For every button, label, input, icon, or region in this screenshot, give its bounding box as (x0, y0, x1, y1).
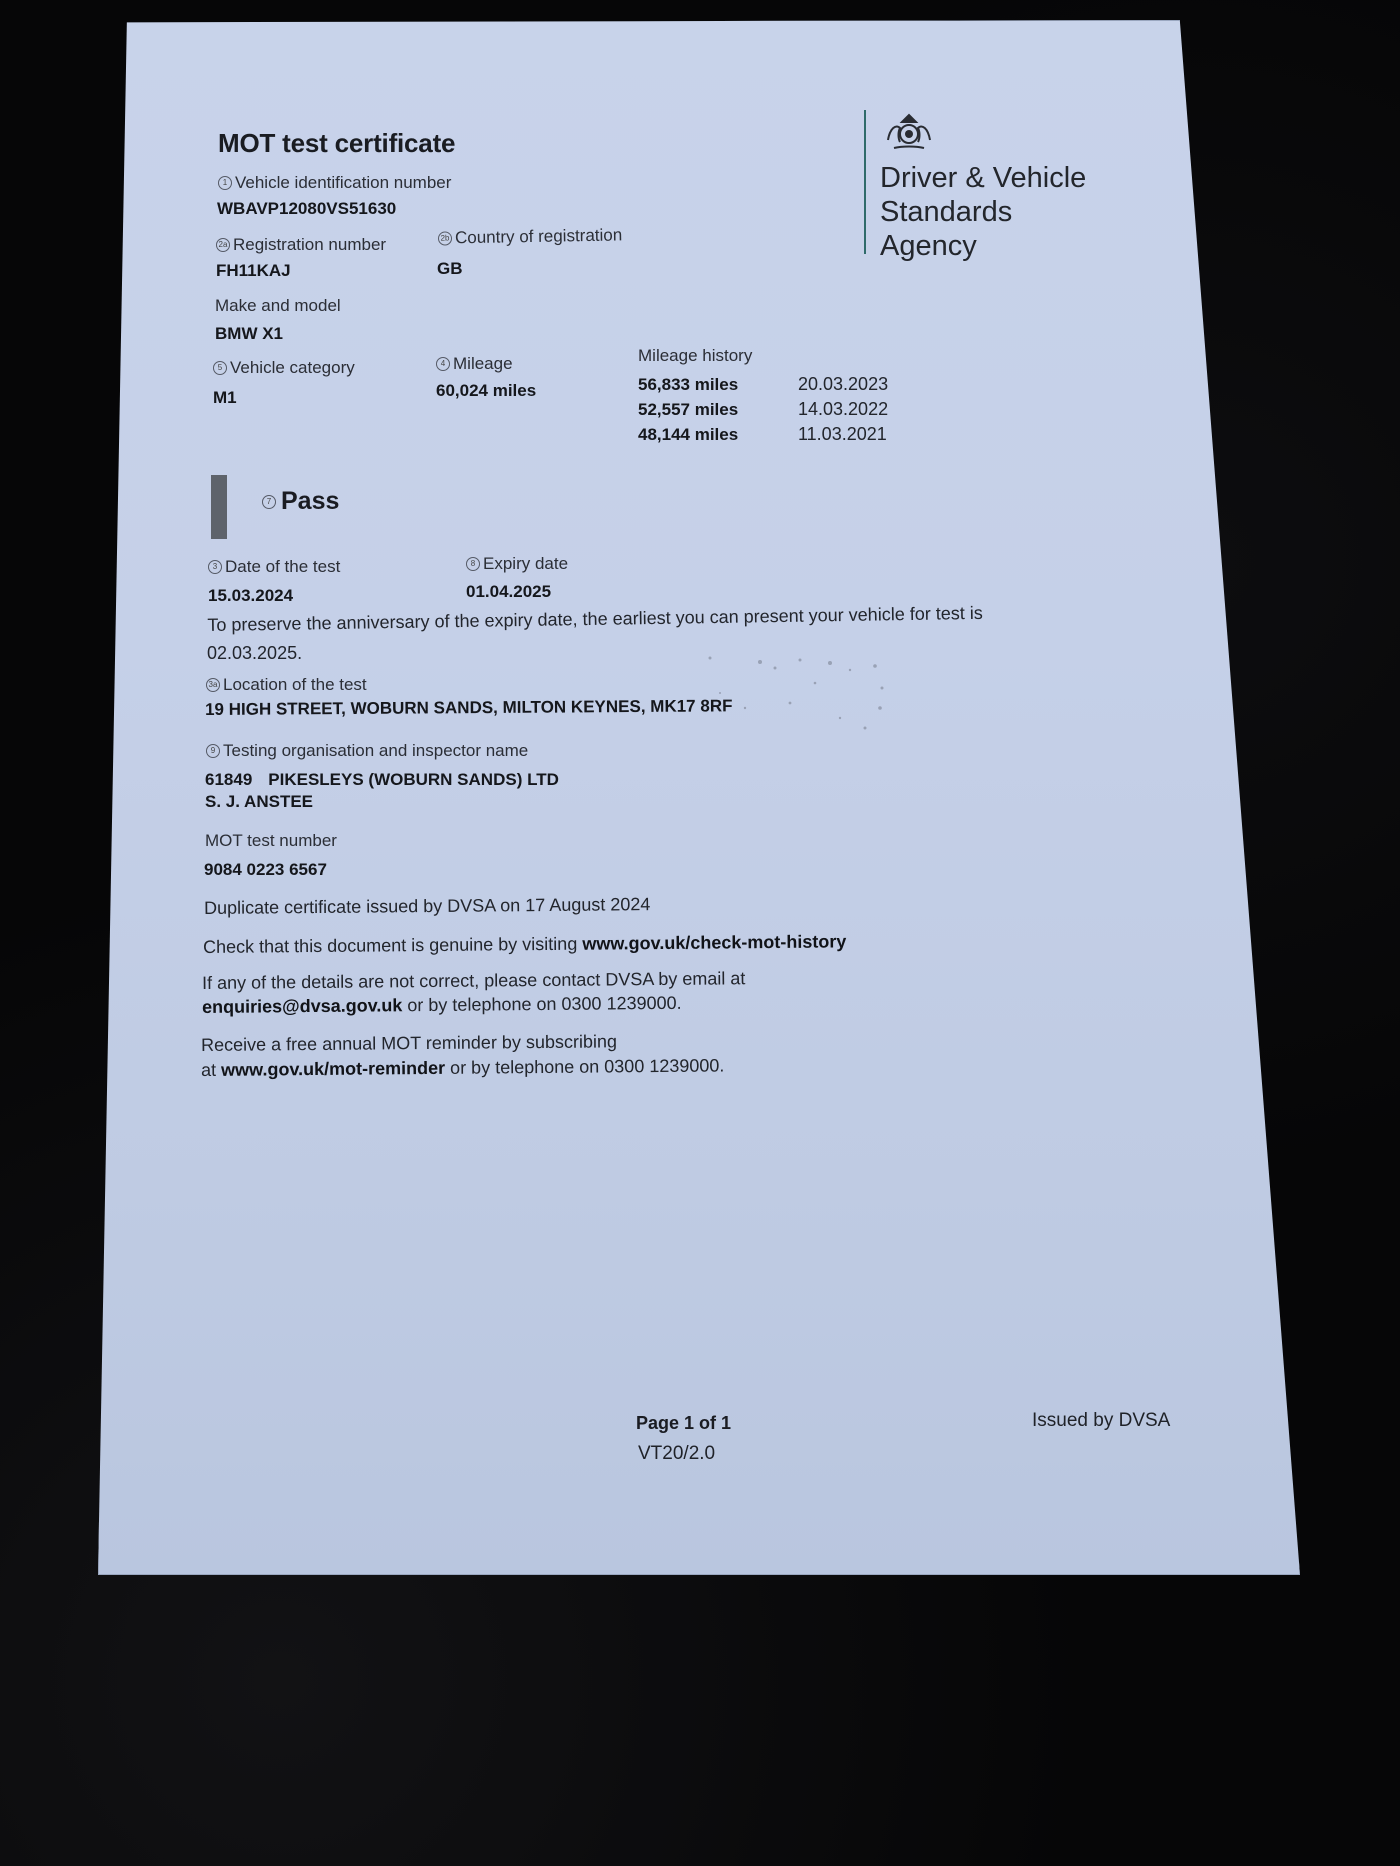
reminder-note-line1: Receive a free annual MOT reminder by su… (201, 1031, 617, 1056)
category-value: M1 (213, 388, 237, 408)
anniversary-note-date: 02.03.2025. (207, 643, 302, 664)
field-number-icon: 2b (438, 231, 452, 245)
form-code: VT20/2.0 (638, 1443, 715, 1465)
expiry-date-label: 8 Expiry date (466, 554, 568, 574)
test-date-label-text: Date of the test (225, 557, 340, 577)
organisation-value: 61849 PIKESLEYS (WOBURN SANDS) LTD (205, 770, 559, 790)
vin-value: WBAVP12080VS51630 (217, 199, 396, 219)
check-mot-history-link[interactable]: www.gov.uk/check-mot-history (582, 931, 846, 953)
country-label: 2b Country of registration (438, 225, 623, 248)
field-number-icon: 4 (436, 357, 450, 371)
reminder-phone-text: or by telephone on 0300 1239000. (445, 1055, 724, 1077)
certificate-content: MOT test certificate 1 Vehicle identific… (0, 0, 1400, 1866)
reminder-note-line2: at www.gov.uk/mot-reminder or by telepho… (201, 1055, 724, 1081)
field-number-icon: 7 (262, 495, 276, 509)
mileage-label-text: Mileage (453, 354, 513, 374)
history-date: 20.03.2023 (798, 374, 888, 395)
mot-reminder-link[interactable]: www.gov.uk/mot-reminder (221, 1058, 445, 1080)
history-miles: 52,557 miles (638, 400, 760, 420)
make-model-label: Make and model (215, 296, 341, 316)
organisation-label: 9 Testing organisation and inspector nam… (206, 741, 528, 761)
category-label: 5 Vehicle category (213, 358, 355, 378)
reminder-prefix: at (201, 1060, 221, 1080)
country-value: GB (437, 259, 463, 279)
anniversary-note-line1: To preserve the anniversary of the expir… (207, 603, 983, 636)
expiry-date-label-text: Expiry date (483, 554, 568, 574)
field-number-icon: 5 (213, 361, 227, 375)
vin-label: 1 Vehicle identification number (218, 173, 451, 193)
anniversary-note: To preserve the anniversary of the expir… (207, 585, 983, 636)
make-model-label-text: Make and model (215, 296, 341, 316)
page-number: Page 1 of 1 (636, 1413, 731, 1434)
field-number-icon: 3 (208, 560, 222, 574)
duplicate-note: Duplicate certificate issued by DVSA on … (204, 894, 650, 919)
agency-name-line3: Agency (880, 229, 1086, 263)
field-number-icon: 9 (206, 744, 220, 758)
agency-name-line1: Driver & Vehicle (880, 161, 1086, 195)
history-date: 14.03.2022 (798, 399, 888, 420)
check-note: Check that this document is genuine by v… (203, 931, 846, 958)
result-value: Pass (281, 487, 339, 516)
mileage-history-row: 48,144 miles 11.03.2021 (638, 422, 888, 447)
contact-note-line2: enquiries@dvsa.gov.uk or by telephone on… (202, 993, 682, 1018)
make-model-value: BMW X1 (215, 324, 283, 344)
royal-crest-icon (880, 110, 938, 152)
mileage-value: 60,024 miles (436, 381, 536, 401)
location-value: 19 HIGH STREET, WOBURN SANDS, MILTON KEY… (205, 696, 733, 720)
agency-name-line2: Standards (880, 195, 1086, 229)
field-number-icon: 2a (216, 238, 230, 252)
inspector-name: S. J. ANSTEE (205, 792, 313, 812)
mileage-history-label: Mileage history (638, 346, 752, 366)
mileage-history-row: 56,833 miles 20.03.2023 (638, 372, 888, 397)
test-date-label: 3 Date of the test (208, 557, 340, 577)
mileage-history-list: 56,833 miles 20.03.2023 52,557 miles 14.… (638, 372, 888, 447)
registration-label-text: Registration number (233, 235, 386, 255)
result-bar (211, 475, 227, 539)
page-title: MOT test certificate (218, 128, 455, 159)
result-status: 7 Pass (262, 487, 339, 516)
test-number-value: 9084 0223 6567 (204, 860, 327, 880)
organisation-label-text: Testing organisation and inspector name (223, 741, 528, 761)
enquiries-email-link[interactable]: enquiries@dvsa.gov.uk (202, 995, 402, 1017)
organisation-name: PIKESLEYS (WOBURN SANDS) LTD (268, 770, 559, 790)
mileage-history-label-text: Mileage history (638, 346, 752, 366)
history-miles: 56,833 miles (638, 375, 760, 395)
contact-phone-text: or by telephone on 0300 1239000. (402, 993, 681, 1015)
field-number-icon: 1 (218, 176, 232, 190)
category-label-text: Vehicle category (230, 358, 355, 378)
contact-note-line1: If any of the details are not correct, p… (202, 968, 745, 994)
field-number-icon: 8 (466, 557, 480, 571)
field-number-icon: 3a (206, 678, 220, 692)
country-label-text: Country of registration (455, 225, 623, 248)
logo-rule (864, 110, 866, 254)
test-number-label-text: MOT test number (205, 831, 337, 851)
mileage-label: 4 Mileage (436, 354, 513, 374)
mileage-history-row: 52,557 miles 14.03.2022 (638, 397, 888, 422)
location-label: 3a Location of the test (206, 675, 367, 695)
test-number-label: MOT test number (205, 831, 337, 851)
dvsa-logo: Driver & Vehicle Standards Agency (864, 110, 1086, 263)
history-date: 11.03.2021 (798, 424, 887, 445)
issuer: Issued by DVSA (1032, 1410, 1170, 1432)
history-miles: 48,144 miles (638, 425, 760, 445)
site-number: 61849 (205, 770, 252, 790)
registration-label: 2a Registration number (216, 235, 386, 255)
registration-value: FH11KAJ (216, 261, 291, 281)
vin-label-text: Vehicle identification number (235, 173, 451, 193)
check-note-text: Check that this document is genuine by v… (203, 934, 582, 957)
location-label-text: Location of the test (223, 675, 367, 695)
